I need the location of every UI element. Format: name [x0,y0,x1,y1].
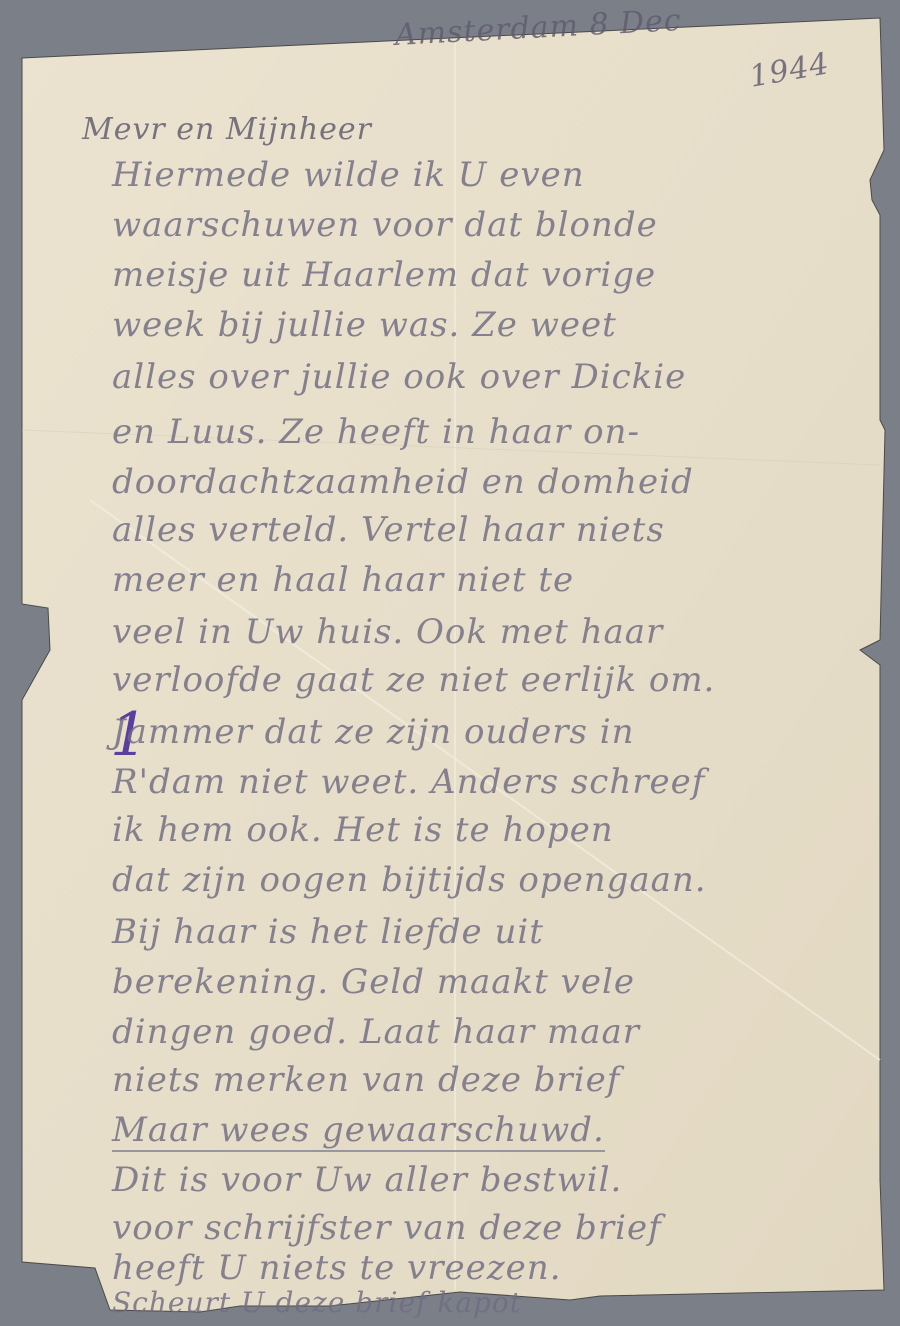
letter-line: ik hem ook. Het is te hopen [112,810,614,850]
letter-line: Scheurt U deze brief kapot [112,1286,522,1319]
letter-line: Bij haar is het liefde uit [112,912,544,952]
letter-line: R'dam niet weet. Anders schreef [112,762,705,802]
letter-line: alles over jullie ook over Dickie [112,357,686,397]
letter-line: Hiermede wilde ik U even [112,155,585,195]
letter-line: verloofde gaat ze niet eerlijk om. [112,660,715,700]
letter-line: dat zijn oogen bijtijds opengaan. [112,860,707,900]
letter-line: voor schrijfster van deze brief [112,1208,662,1248]
letter-line: meisje uit Haarlem dat vorige [112,255,656,295]
letter-line: en Luus. Ze heeft in haar on- [112,412,640,452]
letter-line: waarschuwen voor dat blonde [112,205,658,245]
letter-line: week bij jullie was. Ze weet [112,305,617,345]
letter-line: meer en haal haar niet te [112,560,574,600]
letter-line: niets merken van deze brief [112,1060,620,1100]
letter-line: veel in Uw huis. Ook met haar [112,612,663,652]
letter-line: Maar wees gewaarschuwd. [112,1110,605,1152]
letter-line: Dit is voor Uw aller bestwil. [112,1160,622,1200]
letter-line: Jammer dat ze zijn ouders in [112,712,634,752]
letter-line: doordachtzaamheid en domheid [112,462,694,502]
letter-paper: Amsterdam 8 Dec 1944 Mevr en Mijnheer 1 … [0,0,900,1326]
letter-salutation: Mevr en Mijnheer [82,112,372,147]
letter-line: dingen goed. Laat haar maar [112,1012,640,1052]
letter-line: alles verteld. Vertel haar niets [112,510,665,550]
letter-line: heeft U niets te vreezen. [112,1248,562,1288]
letter-line: berekening. Geld maakt vele [112,962,635,1002]
